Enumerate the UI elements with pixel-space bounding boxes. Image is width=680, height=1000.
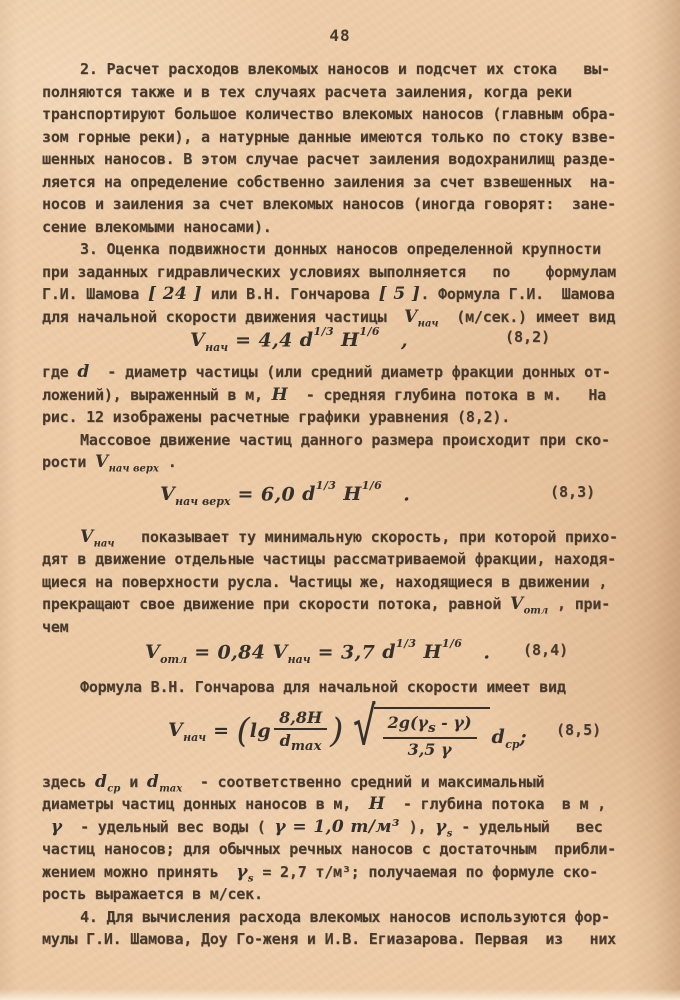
- left-paren: (: [237, 714, 250, 748]
- diameter-term: d1/3: [300, 329, 334, 351]
- typed-text: здесь: [42, 773, 95, 791]
- formula-8-5: Vнач = (lg8,8Hdmax)√2g(γs - γ)3,5 γdср; …: [42, 699, 644, 771]
- typed-text: , при-: [548, 595, 610, 613]
- handwritten-symbol: Vнач верх: [95, 452, 159, 472]
- formula-operator: = 3,7: [311, 641, 383, 663]
- typed-text: рости: [42, 453, 95, 471]
- handwritten-symbol: γs: [236, 862, 253, 882]
- mean-diameter-term: dср;: [492, 726, 528, 751]
- text-line: Vнач показывает ту минимальную скорость,…: [42, 526, 644, 549]
- typed-text: - удельный вес: [452, 818, 602, 836]
- handwritten-symbol: [ 24 ]: [148, 284, 202, 304]
- typed-text: - соответственно средний и максимальный: [182, 773, 544, 791]
- typed-text: носов и заиления за счет влекомых наносо…: [42, 195, 616, 213]
- velocity-symbol: Vнач: [272, 641, 310, 663]
- depth-term: H1/6: [343, 483, 382, 505]
- depth-term: H1/6: [341, 329, 380, 351]
- typed-text: - удельный вес воды (: [62, 818, 274, 836]
- text-line: частиц наносов; для обычных речных нанос…: [42, 838, 644, 861]
- text-line: здесь dср и dmax - соответственно средни…: [42, 771, 644, 794]
- velocity-symbol: Vнач: [168, 719, 206, 744]
- typed-text: 3. Оценка подвижности донных наносов опр…: [80, 240, 601, 258]
- text-line: прекращают свое движение при скорости по…: [42, 593, 644, 616]
- typed-text: или В.Н. Гончарова: [202, 285, 379, 303]
- equation-number: (8,5): [556, 721, 601, 739]
- text-line: γ - удельный вес воды ( γ = 1,0 т/м³ ), …: [42, 816, 644, 839]
- typed-text: где: [42, 363, 77, 381]
- text-line: чем: [42, 616, 644, 639]
- log-operator: lg: [250, 720, 271, 742]
- typed-text: показывает ту минимальную скорость, при …: [115, 528, 618, 546]
- typed-text: рость выражается в м/сек.: [42, 885, 263, 903]
- text-line: 4. Для вычисления расхода влекомых нанос…: [42, 906, 644, 929]
- typed-text: 4. Для вычисления расхода влекомых нанос…: [80, 908, 610, 926]
- handwritten-symbol: γ: [51, 817, 63, 837]
- typed-text: - глубина потока в м ,: [385, 795, 606, 813]
- typed-text: и: [120, 773, 147, 791]
- text-line: транспортируют большое количество влеком…: [42, 103, 644, 126]
- typed-text: сение влекомыми наносами).: [42, 218, 272, 236]
- typed-text: для начальной скорости движения частицы: [42, 308, 404, 326]
- text-line: дят в движение отдельные частицы рассмат…: [42, 548, 644, 571]
- typed-text: (м/сек.) имеет вид: [439, 308, 616, 326]
- text-line: полняются также и в тех случаях расчета …: [42, 81, 644, 104]
- text-line: Формула В.Н. Гончарова для начальной ско…: [42, 676, 644, 699]
- formula-expression: Vнач = 4,4 d1/3 H1/6 ,: [190, 329, 408, 354]
- settling-velocity-symbol: Vотл: [145, 641, 187, 663]
- equals-sign: =: [206, 720, 236, 742]
- formula-8-2: Vнач = 4,4 d1/3 H1/6 , (8,2): [42, 328, 644, 361]
- formula-8-3: Vнач верх = 6,0 d1/3 H1/6 . (8,3): [42, 474, 644, 526]
- formula-expression: Vнач = (lg8,8Hdmax)√2g(γs - γ)3,5 γdср;: [168, 704, 527, 759]
- typed-text: ляется на определение собственно заилени…: [42, 173, 616, 191]
- text-column: 2. Расчет расходов влекомых наносов и по…: [42, 58, 644, 951]
- typed-text: [42, 818, 51, 836]
- text-line: носов и заиления за счет влекомых наносо…: [42, 193, 644, 216]
- formula-8-4: Vотл = 0,84 Vнач = 3,7 d1/3 H1/6 . (8,4): [42, 638, 644, 676]
- typed-text: . Формула Г.И. Шамова: [420, 285, 614, 303]
- formula-operator: = 0,84: [187, 641, 272, 663]
- right-paren: ): [330, 714, 343, 748]
- text-line: ляется на определение собственно заилени…: [42, 171, 644, 194]
- text-line: шенных наносов. В этом случае расчет заи…: [42, 148, 644, 171]
- text-line: мулы Г.И. Шамова, Доу Го-женя и И.В. Еги…: [42, 928, 644, 951]
- formula-expression: Vнач верх = 6,0 d1/3 H1/6 .: [160, 483, 410, 508]
- typed-text: рис. 12 изображены расчетные графики ура…: [42, 408, 510, 426]
- handwritten-symbol: [ 5 ]: [379, 284, 421, 304]
- typed-text: - средняя глубина потока в м. На: [288, 386, 606, 404]
- text-line: где d - диаметр частицы (или средний диа…: [42, 361, 644, 384]
- text-line: диаметры частиц донных наносов в м, H - …: [42, 793, 644, 816]
- typed-text: .: [159, 453, 177, 471]
- text-line: рис. 12 изображены расчетные графики ура…: [42, 406, 644, 429]
- typed-text: дят в движение отдельные частицы рассмат…: [42, 550, 616, 568]
- handwritten-symbol: dср: [95, 772, 120, 792]
- typed-text: полняются также и в тех случаях расчета …: [42, 83, 572, 101]
- typed-text: щиеся на поверхности русла. Частицы же, …: [42, 573, 607, 591]
- page-number: 48: [0, 26, 680, 45]
- text-line: жением можно принять γs = 2,7 т/м³; полу…: [42, 861, 644, 884]
- formula-operator: = 4,4: [228, 329, 300, 351]
- spacer: [334, 329, 341, 351]
- handwritten-symbol: γs: [435, 817, 452, 837]
- text-line: рость выражается в м/сек.: [42, 883, 644, 906]
- radical-sign: √: [353, 704, 376, 752]
- handwritten-symbol: d: [77, 362, 89, 382]
- handwritten-symbol: Vнач: [80, 527, 115, 547]
- typed-text: Массовое движение частиц данного размера…: [80, 431, 610, 449]
- formula-punctuation: .: [462, 641, 490, 663]
- velocity-symbol: Vнач верх: [160, 483, 230, 505]
- typed-text: ),: [400, 818, 435, 836]
- typed-text: диаметры частиц донных наносов в м,: [42, 795, 369, 813]
- typed-text: при заданных гидравлических условиях вып…: [42, 263, 616, 281]
- typed-text: шенных наносов. В этом случае расчет заи…: [42, 150, 616, 168]
- handwritten-symbol: H: [272, 385, 288, 405]
- handwritten-symbol: H: [369, 794, 385, 814]
- text-line: 3. Оценка подвижности донных наносов опр…: [42, 238, 644, 261]
- text-line: для начальной скорости движения частицы …: [42, 306, 644, 329]
- formula-punctuation: .: [382, 483, 410, 505]
- typed-text: = 2,7 т/м³; получаемая по формуле ско-: [254, 863, 598, 881]
- scanned-document-page: 48 2. Расчет расходов влекомых наносов и…: [0, 0, 680, 1000]
- formula-punctuation: ,: [380, 329, 408, 351]
- equation-number: (8,2): [505, 328, 550, 346]
- typed-text: - диаметр частицы (или средний диаметр ф…: [90, 363, 611, 381]
- handwritten-symbol: dmax: [147, 772, 182, 792]
- typed-text: транспортируют большое количество влеком…: [42, 105, 616, 123]
- text-line: сение влекомыми наносами).: [42, 216, 644, 239]
- diameter-term: d1/3: [382, 641, 416, 663]
- text-line: Г.И. Шамова [ 24 ] или В.Н. Гончарова [ …: [42, 283, 644, 306]
- depth-term: H1/6: [423, 641, 462, 663]
- velocity-symbol: Vнач: [190, 329, 228, 351]
- text-line: щиеся на поверхности русла. Частицы же, …: [42, 571, 644, 594]
- text-line: рости Vнач верх .: [42, 451, 644, 474]
- square-root: √2g(γs - γ)3,5 γ: [349, 704, 489, 759]
- typed-text: 2. Расчет расходов влекомых наносов и по…: [80, 60, 610, 78]
- handwritten-symbol: Vотл: [510, 594, 548, 614]
- typed-text: чем: [42, 618, 69, 636]
- formula-expression: Vотл = 0,84 Vнач = 3,7 d1/3 H1/6 .: [145, 641, 490, 666]
- formula-operator: = 6,0: [230, 483, 302, 505]
- typed-text: прекращают свое движение при скорости по…: [42, 595, 510, 613]
- typed-text: Г.И. Шамова: [42, 285, 148, 303]
- equation-number: (8,4): [523, 641, 568, 659]
- typed-text: частиц наносов; для обычных речных нанос…: [42, 840, 616, 858]
- typed-text: зом горные реки), а натурные данные имею…: [42, 128, 616, 146]
- text-line: ложений), выраженный в м, H - средняя гл…: [42, 384, 644, 407]
- typed-text: Формула В.Н. Гончарова для начальной ско…: [80, 678, 566, 696]
- text-line: Массовое движение частиц данного размера…: [42, 429, 644, 452]
- typed-text: жением можно принять: [42, 863, 236, 881]
- root-fraction: 2g(γs - γ)3,5 γ: [383, 713, 477, 759]
- text-line: 2. Расчет расходов влекомых наносов и по…: [42, 58, 644, 81]
- handwritten-symbol: Vнач: [404, 307, 439, 327]
- typed-text: ложений), выраженный в м,: [42, 386, 272, 404]
- text-line: при заданных гидравлических условиях вып…: [42, 261, 644, 284]
- handwritten-symbol: γ = 1,0 т/м³: [274, 817, 399, 837]
- typed-text: мулы Г.И. Шамова, Доу Го-женя и И.В. Еги…: [42, 930, 616, 948]
- diameter-term: d1/3: [302, 483, 336, 505]
- text-line: зом горные реки), а натурные данные имею…: [42, 126, 644, 149]
- log-fraction: 8,8Hdmax: [274, 708, 327, 754]
- equation-number: (8,3): [550, 483, 595, 501]
